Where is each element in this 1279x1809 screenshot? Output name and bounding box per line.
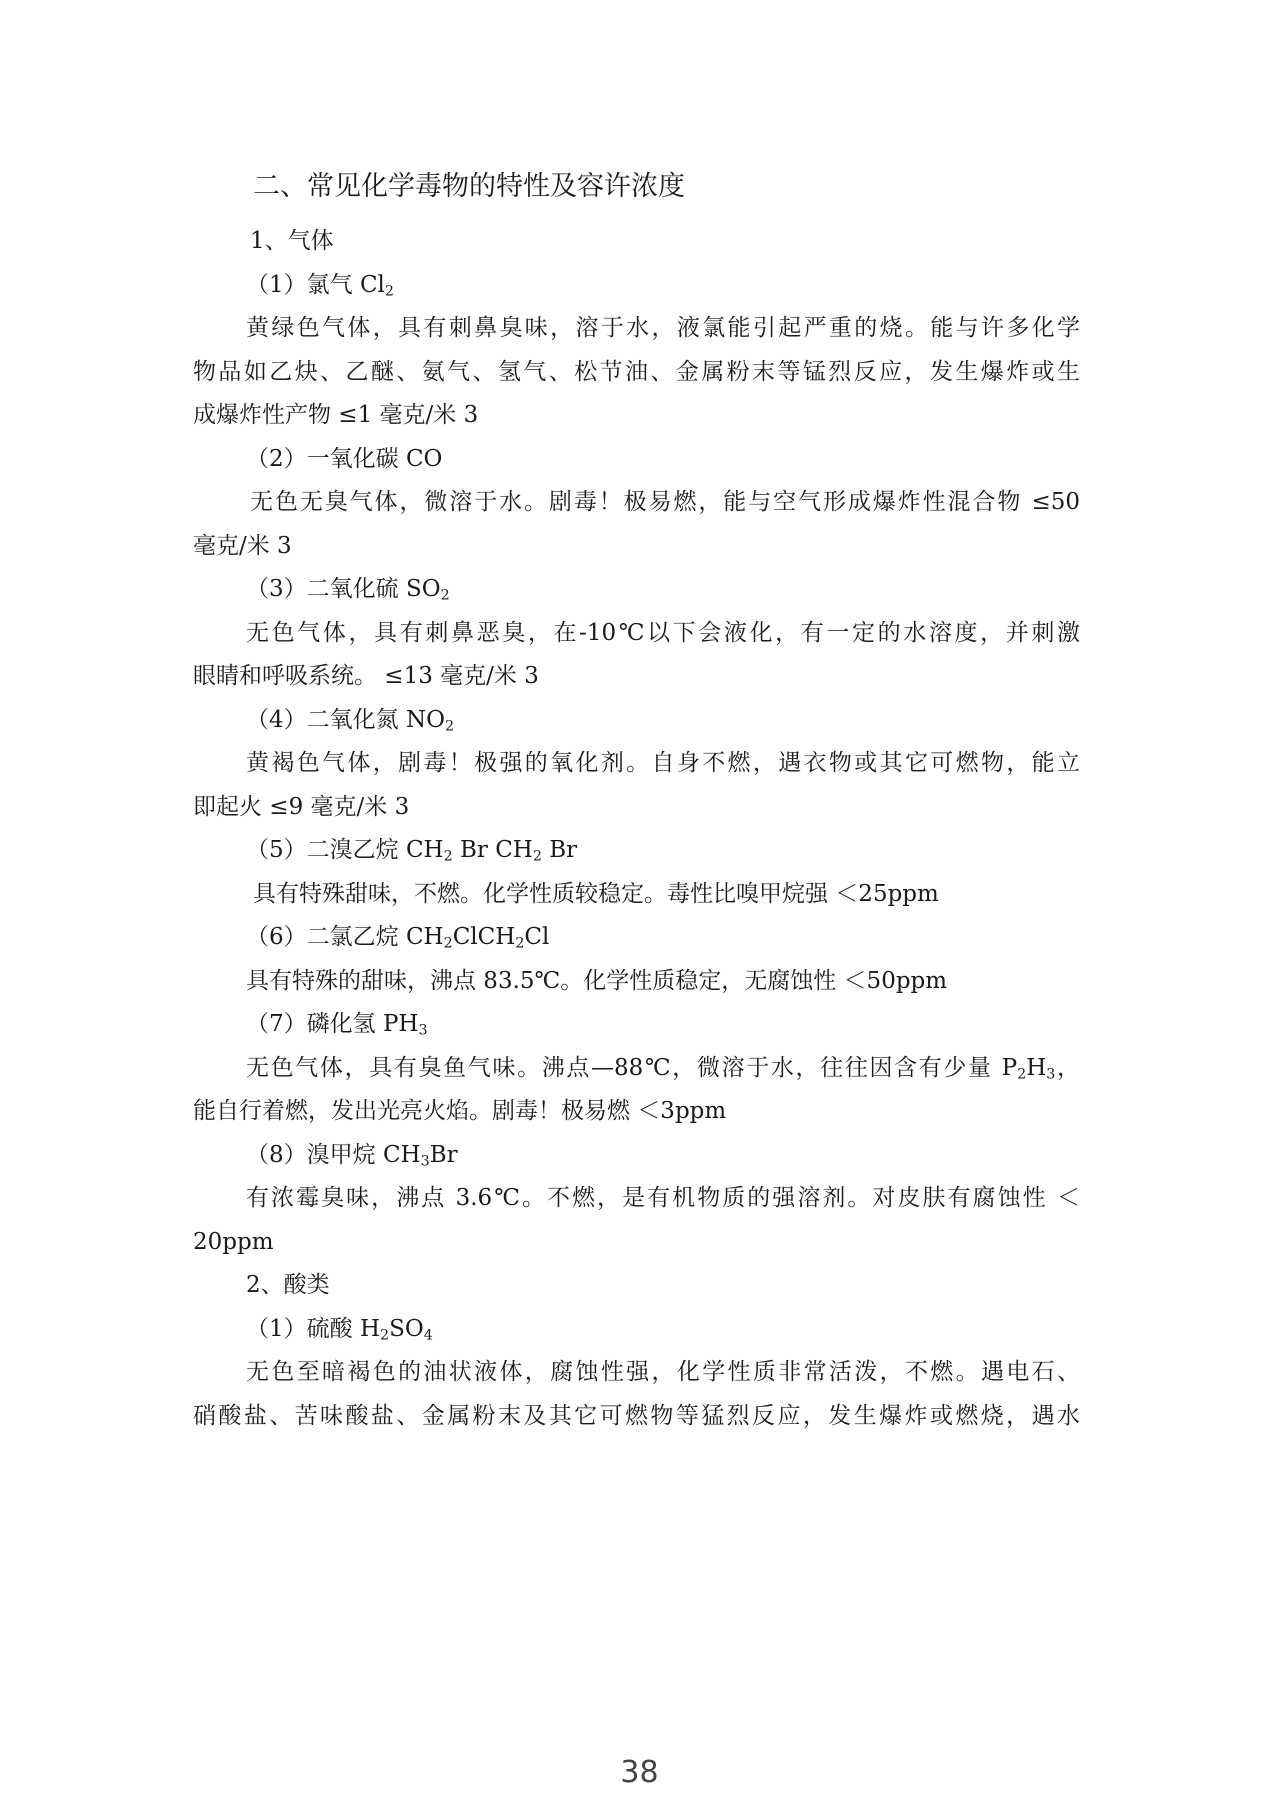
paragraph-line: 无色气体，具有臭鱼气味。沸点—88℃，微溶于水，往往因含有少量 P2H3， [246,1053,1080,1083]
paragraph-line: 能自行着燃，发出光亮火焰。剧毒！极易燃 ＜3ppm [193,1096,726,1126]
page-number: 38 [0,1755,1279,1790]
category-heading-gases: 1、气体 [250,226,334,256]
item-heading-dichloroethane: （6）二氯乙烷 CH2ClCH2Cl [246,922,549,952]
paragraph-line: 即起火 ≤9 毫克/米 3 [193,792,409,822]
item-heading-dibromoethane: （5）二溴乙烷 CH2 Br CH2 Br [246,835,577,865]
item-heading-nitrogen-dioxide: （4）二氧化氮 NO2 [246,705,454,735]
paragraph-line: 黄褐色气体，剧毒！极强的氧化剂。自身不燃，遇衣物或其它可燃物，能立 [246,748,1080,778]
item-heading-chlorine: （1）氯气 Cl2 [246,270,394,300]
section-title: 二、常见化学毒物的特性及容许浓度 [253,172,685,202]
paragraph-line: 眼睛和呼吸系统。 ≤13 毫克/米 3 [193,661,539,691]
paragraph-line: 黄绿色气体，具有刺鼻臭味，溶于水，液氯能引起严重的烧。能与许多化学 [246,313,1080,343]
paragraph-line: 物品如乙炔、乙醚、氨气、氢气、松节油、金属粉末等锰烈反应，发生爆炸或生 [193,357,1080,387]
item-heading-carbon-monoxide: （2）一氧化碳 CO [246,444,442,474]
paragraph-line: 无色无臭气体，微溶于水。剧毒！极易燃，能与空气形成爆炸性混合物 ≤50 [250,487,1080,517]
item-heading-sulfur-dioxide: （3）二氧化硫 SO2 [246,574,450,604]
paragraph-line: 具有特殊的甜味，沸点 83.5℃。化学性质稳定，无腐蚀性 ＜50ppm [246,966,947,996]
paragraph-line: 硝酸盐、苦味酸盐、金属粉末及其它可燃物等猛烈反应，发生爆炸或燃烧，遇水 [193,1401,1080,1431]
paragraph-line: 具有特殊甜味，不燃。化学性质较稳定。毒性比嗅甲烷强 ＜25ppm [253,879,939,909]
category-heading-acids: 2、酸类 [246,1270,330,1300]
paragraph-line: 无色气体，具有刺鼻恶臭，在-10℃以下会液化，有一定的水溶度，并刺激 [246,618,1080,648]
paragraph-line: 无色至暗褐色的油状液体，腐蚀性强，化学性质非常活泼，不燃。遇电石、 [246,1357,1080,1387]
paragraph-line: 有浓霉臭味，沸点 3.6℃。不燃，是有机物质的强溶剂。对皮肤有腐蚀性 ＜ [246,1183,1080,1213]
item-heading-bromomethane: （8）溴甲烷 CH3Br [246,1140,458,1170]
item-heading-sulfuric-acid: （1）硫酸 H2SO4 [246,1314,433,1344]
paragraph-line: 成爆炸性产物 ≤1 毫克/米 3 [193,400,478,430]
paragraph-line: 毫克/米 3 [193,531,292,561]
item-heading-phosphine: （7）磷化氢 PH3 [246,1009,428,1039]
paragraph-line: 20ppm [193,1227,274,1257]
